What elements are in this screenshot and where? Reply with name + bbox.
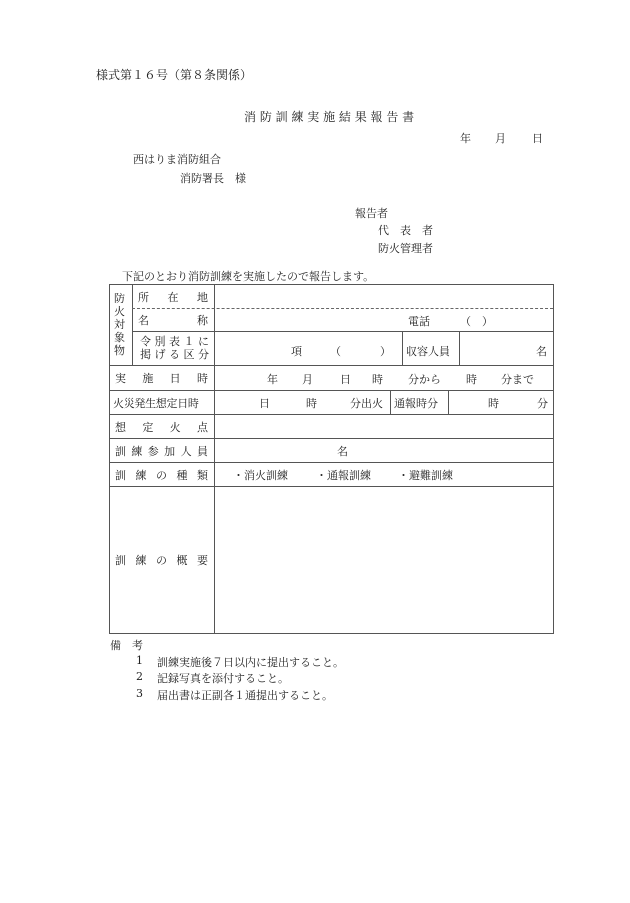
note-3-text: 届出書は正副各１通提出すること。 <box>157 687 333 703</box>
date-month: 月 <box>495 130 506 146</box>
date-day: 日 <box>532 130 543 146</box>
type-option-evacuation[interactable]: ・避難訓練 <box>398 467 453 483</box>
capacity-unit: 名 <box>536 343 547 359</box>
note-2-num: 2 <box>136 670 143 683</box>
addressee-person: 消防署長 様 <box>180 170 246 186</box>
addressee-org: 西はりま消防組合 <box>133 151 221 167</box>
category-paren-close: ） <box>380 343 391 359</box>
category-field[interactable] <box>340 335 376 361</box>
fire-time-label: 火災発生想定日時 <box>113 395 199 411</box>
name-field[interactable] <box>215 309 405 331</box>
intro-text: 下記のとおり消防訓練を実施したので報告します。 <box>122 268 374 284</box>
participants-label: 訓練参加人員 <box>115 439 208 462</box>
reporter-fire-manager: 防火管理者 <box>378 240 433 256</box>
document-title: 消 防 訓 練 実 施 結 果 報 告 書 <box>244 108 414 125</box>
group-label-fire-target: 防火対象物 <box>114 292 128 357</box>
date-year: 年 <box>460 130 471 146</box>
category-label: 令 別 表 １ に 掲 げ る 区 分 <box>140 335 209 361</box>
report-time-field[interactable] <box>449 391 553 413</box>
reporter-label: 報告者 <box>355 205 388 221</box>
notes-title: 備 考 <box>110 637 143 653</box>
name-label: 名称 <box>138 309 208 331</box>
note-1-text: 訓練実施後７日以内に提出すること。 <box>157 654 344 670</box>
note-2-text: 記録写真を添付すること。 <box>157 670 289 686</box>
fire-time-field[interactable] <box>215 391 389 413</box>
participants-unit: 名 <box>337 443 348 459</box>
phone-field[interactable]: （ ） <box>460 313 493 329</box>
datetime-label: 実施日時 <box>115 366 208 390</box>
participants-field[interactable] <box>215 439 335 462</box>
summary-label: 訓練の概要 <box>115 487 208 633</box>
note-3-num: 3 <box>136 687 143 700</box>
capacity-field[interactable] <box>461 333 531 363</box>
location-field[interactable] <box>215 285 553 307</box>
fire-point-label: 想定火点 <box>115 415 208 438</box>
datetime-field[interactable] <box>215 366 553 389</box>
note-1-num: 1 <box>136 654 143 667</box>
report-time-label: 通報時分 <box>394 395 438 411</box>
type-option-fire-extinguishing[interactable]: ・消火訓練 <box>233 467 288 483</box>
phone-label: 電話 <box>408 313 430 329</box>
types-label: 訓練の種類 <box>115 463 208 486</box>
type-option-reporting[interactable]: ・通報訓練 <box>316 467 371 483</box>
summary-field[interactable] <box>215 487 553 633</box>
location-label: 所在地 <box>138 286 208 308</box>
fire-point-field[interactable] <box>215 415 553 438</box>
reporter-representative: 代 表 者 <box>378 222 433 238</box>
capacity-label: 収容人員 <box>406 343 450 359</box>
category-item: 項 <box>291 343 302 359</box>
form-number: 様式第１６号（第８条関係） <box>96 66 252 83</box>
